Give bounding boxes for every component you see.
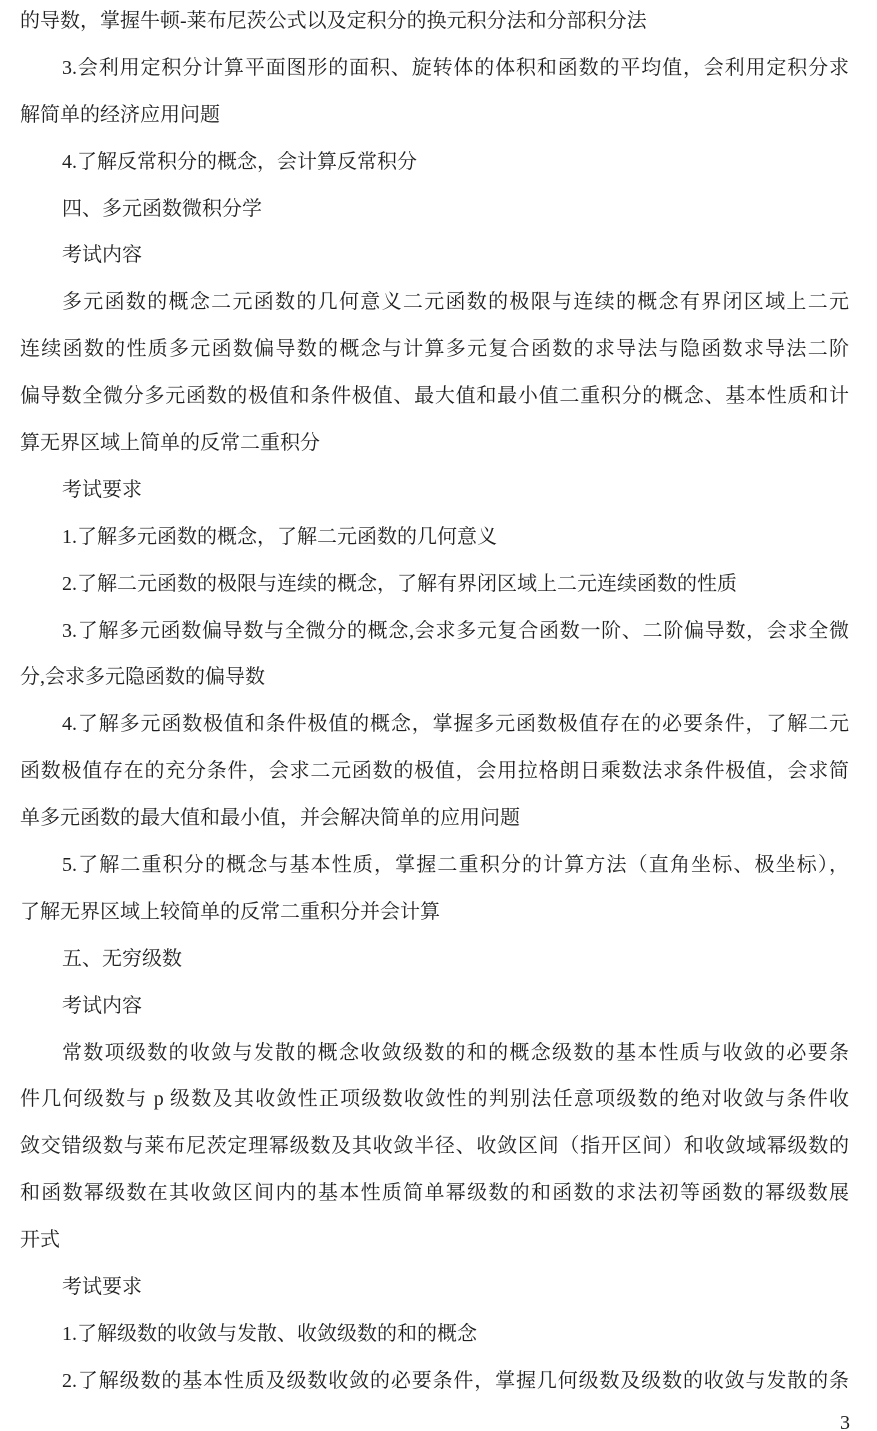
text-line: 考试要求 bbox=[20, 467, 849, 514]
text-line: 2.了解二元函数的极限与连续的概念，了解有界闭区域上二元连续函数的性质 bbox=[20, 561, 849, 608]
text-line: 常数项级数的收敛与发散的概念收敛级数的和的概念级数的基本性质与收敛的必要条 bbox=[20, 1030, 849, 1077]
text-line: 4.了解多元函数极值和条件极值的概念，掌握多元函数极值存在的必要条件，了解二元 bbox=[20, 701, 849, 748]
text-line: 多元函数的概念二元函数的几何意义二元函数的极限与连续的概念有界闭区域上二元 bbox=[20, 279, 849, 326]
text-line: 1.了解级数的收敛与发散、收敛级数的和的概念 bbox=[20, 1311, 849, 1358]
text-line: 的导数，掌握牛顿-莱布尼茨公式以及定积分的换元积分法和分部积分法 bbox=[20, 0, 849, 45]
document-page: 的导数，掌握牛顿-莱布尼茨公式以及定积分的换元积分法和分部积分法3.会利用定积分… bbox=[0, 0, 877, 1431]
text-line: 3.会利用定积分计算平面图形的面积、旋转体的体积和函数的平均值，会利用定积分求 bbox=[20, 45, 849, 92]
text-line: 开式 bbox=[20, 1217, 849, 1264]
text-line: 函数极值存在的充分条件，会求二元函数的极值，会用拉格朗日乘数法求条件极值，会求简 bbox=[20, 748, 849, 795]
text-line: 5.了解二重积分的概念与基本性质，掌握二重积分的计算方法（直角坐标、极坐标）， bbox=[20, 842, 849, 889]
text-line: 件几何级数与 p 级数及其收敛性正项级数收敛性的判别法任意项级数的绝对收敛与条件… bbox=[20, 1076, 849, 1123]
text-line: 敛交错级数与莱布尼茨定理幂级数及其收敛半径、收敛区间（指开区间）和收敛域幂级数的 bbox=[20, 1123, 849, 1170]
text-line: 四、多元函数微积分学 bbox=[20, 186, 849, 233]
text-line: 4.了解反常积分的概念，会计算反常积分 bbox=[20, 139, 849, 186]
text-line: 考试内容 bbox=[20, 983, 849, 1030]
text-line: 解简单的经济应用问题 bbox=[20, 92, 849, 139]
text-line: 1.了解多元函数的概念，了解二元函数的几何意义 bbox=[20, 514, 849, 561]
text-line: 五、无穷级数 bbox=[20, 936, 849, 983]
text-line: 单多元函数的最大值和最小值，并会解决简单的应用问题 bbox=[20, 795, 849, 842]
page-number: 3 bbox=[840, 1412, 850, 1431]
text-line: 偏导数全微分多元函数的极值和条件极值、最大值和最小值二重积分的概念、基本性质和计 bbox=[20, 373, 849, 420]
text-line: 考试内容 bbox=[20, 232, 849, 279]
text-line: 考试要求 bbox=[20, 1264, 849, 1311]
text-line: 3.了解多元函数偏导数与全微分的概念,会求多元复合函数一阶、二阶偏导数，会求全微 bbox=[20, 608, 849, 655]
text-line: 分,会求多元隐函数的偏导数 bbox=[20, 654, 849, 701]
text-line: 了解无界区域上较简单的反常二重积分并会计算 bbox=[20, 889, 849, 936]
document-body: 的导数，掌握牛顿-莱布尼茨公式以及定积分的换元积分法和分部积分法3.会利用定积分… bbox=[20, 0, 849, 1405]
text-line: 和函数幂级数在其收敛区间内的基本性质简单幂级数的和函数的求法初等函数的幂级数展 bbox=[20, 1170, 849, 1217]
text-line: 算无界区域上简单的反常二重积分 bbox=[20, 420, 849, 467]
text-line: 连续函数的性质多元函数偏导数的概念与计算多元复合函数的求导法与隐函数求导法二阶 bbox=[20, 326, 849, 373]
text-line: 2.了解级数的基本性质及级数收敛的必要条件，掌握几何级数及级数的收敛与发散的条 bbox=[20, 1358, 849, 1405]
